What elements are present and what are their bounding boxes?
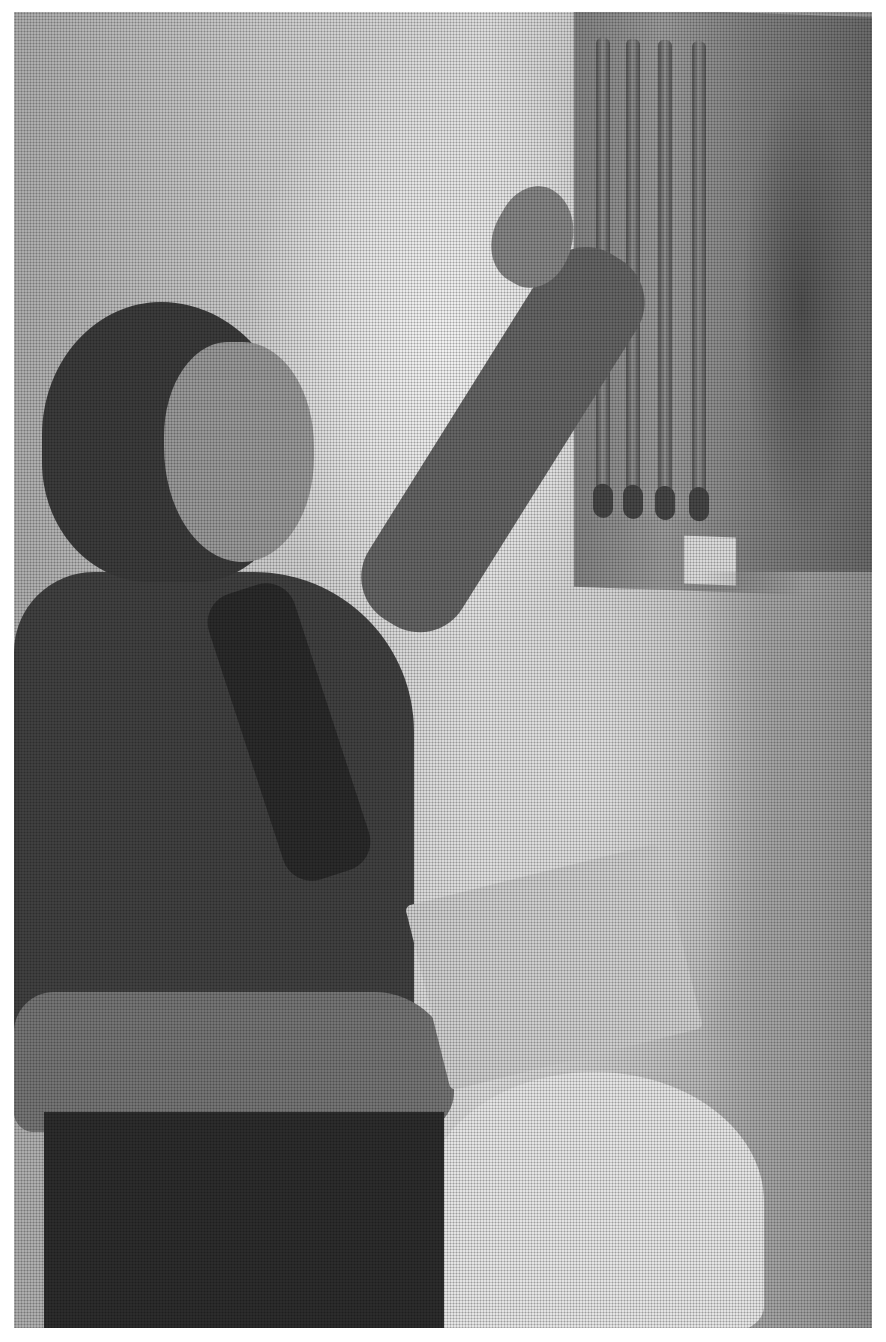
instrument-tube <box>658 40 672 510</box>
tube-bulb <box>593 483 613 518</box>
instrument-tube <box>692 41 706 511</box>
lower-arm <box>14 992 454 1132</box>
papers-foreground <box>424 1072 764 1328</box>
tube-bulb <box>655 486 675 521</box>
tube-bulb <box>623 485 643 520</box>
halftone-photograph <box>14 12 872 1328</box>
tube-bulb <box>689 487 709 522</box>
woman-skirt <box>44 1112 444 1328</box>
panel-shadow <box>742 73 862 537</box>
image-description: A woman with dark hair in a dark garment… <box>0 0 1 1</box>
